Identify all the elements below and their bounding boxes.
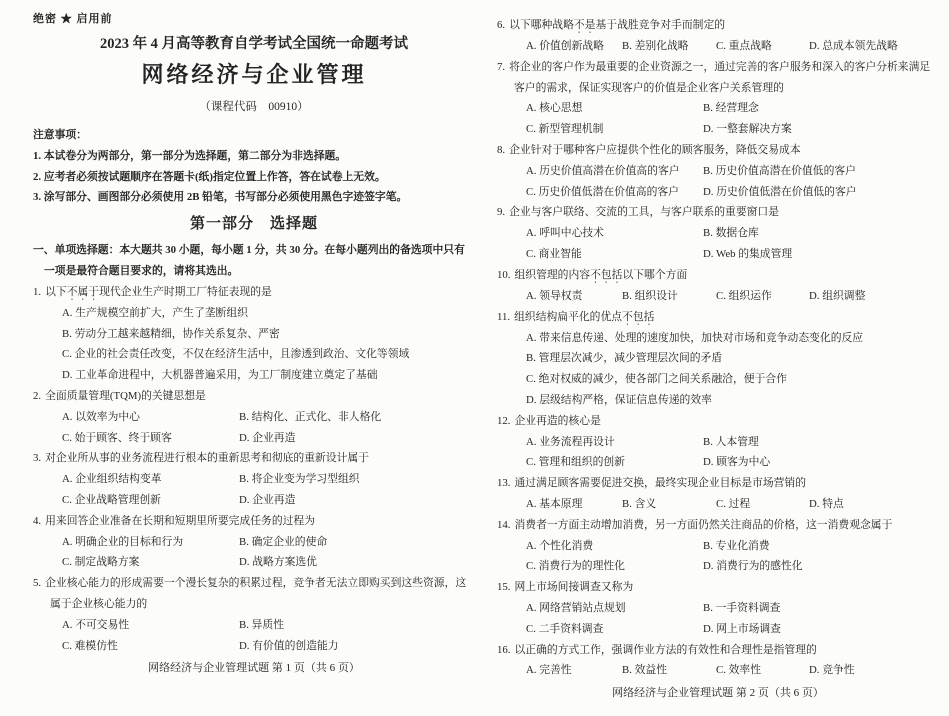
classification-banner: 绝密 ★ 启用前 xyxy=(33,11,475,27)
stem-text: 基于战胜竞争对手而制定的 xyxy=(595,19,725,31)
option-a: A. 业务流程再设计 xyxy=(526,432,703,453)
option-c: C. 企业的社会责任改变，不仅在经济生活中，且渗透到政治、文化等领域 xyxy=(62,344,475,365)
question-number: 11. xyxy=(497,311,510,323)
exam-paper-scan: 绝密 ★ 启用前 2023 年 4 月高等教育自学考试全国统一命题考试 网络经济… xyxy=(0,0,949,716)
options: A. 业务流程再设计 B. 人本管理 C. 管理和组织的创新 D. 顾客为中心 xyxy=(497,432,939,474)
question-stem: 10.组织管理的内容不包括以下哪个方面 xyxy=(497,265,939,286)
exam-subject-title: 网络经济与企业管理 xyxy=(33,59,475,91)
stem-text: 通过满足顾客需要促进交换，最终实现企业目标是市场营销的 xyxy=(515,477,807,489)
option-d: D. 一整套解决方案 xyxy=(703,119,939,140)
options: A. 呼叫中心技术 B. 数据仓库 C. 商业智能 D. Web 的集成管理 xyxy=(497,223,939,265)
question-number: 5. xyxy=(33,577,41,589)
option-d: D. 组织调整 xyxy=(809,286,939,307)
option-b: B. 数据仓库 xyxy=(703,223,939,244)
question-2: 2.全面质量管理(TQM)的关键思想是 A. 以效率为中心 B. 结构化、正式化… xyxy=(33,386,475,448)
option-a: A. 领导权责 xyxy=(526,286,622,307)
option-a: A. 完善性 xyxy=(526,660,622,681)
question-stem: 8.企业针对于哪种客户应提供个性化的顾客服务，降低交易成本 xyxy=(497,140,939,161)
question-number: 15. xyxy=(497,581,511,593)
options: A. 企业组织结构变革 B. 将企业变为学习型组织 C. 企业战略管理创新 D.… xyxy=(33,469,475,511)
page-footer-2: 网络经济与企业管理试题 第 2 页（共 6 页） xyxy=(497,683,939,703)
option-d: D. 竞争性 xyxy=(809,660,939,681)
option-a: A. 个性化消费 xyxy=(526,536,703,557)
section-title: 第一部分 选择题 xyxy=(33,212,475,236)
stem-emphasis: 不是 xyxy=(574,19,596,31)
options: A. 价值创新战略 B. 差别化战略 C. 重点战略 D. 总成本领先战略 xyxy=(497,36,939,57)
stem-text: 企业针对于哪种客户应提供个性化的顾客服务，降低交易成本 xyxy=(509,144,801,156)
stem-text: 消费者一方面主动增加消费，另一方面仍然关注商品的价格，这一消费观念属于 xyxy=(515,519,893,531)
question-stem: 5.企业核心能力的形成需要一个漫长复杂的积累过程，竞争者无法立即购买到这些资源，… xyxy=(33,573,475,615)
question-number: 7. xyxy=(497,61,505,73)
options: A. 带来信息传递、处理的速度加快，加快对市场和竞争动态变化的反应 B. 管理层… xyxy=(497,328,939,411)
option-b: B. 一手资料调查 xyxy=(703,598,939,619)
option-c: C. 二手资料调查 xyxy=(526,619,703,640)
option-d: D. 总成本领先战略 xyxy=(809,36,939,57)
option-a: A. 核心思想 xyxy=(526,98,703,119)
question-stem: 6.以下哪种战略不是基于战胜竞争对手而制定的 xyxy=(497,15,939,36)
options: A. 网络营销站点规划 B. 一手资料调查 C. 二手资料调查 D. 网上市场调… xyxy=(497,598,939,640)
question-stem: 16.以正确的方式工作，强调作业方法的有效性和合理性是指管理的 xyxy=(497,640,939,661)
question-11: 11.组织结构扁平化的优点不包括 A. 带来信息传递、处理的速度加快，加快对市场… xyxy=(497,307,939,411)
question-stem: 3.对企业所从事的业务流程进行根本的重新思考和彻底的重新设计属于 xyxy=(33,448,475,469)
question-4: 4.用来回答企业准备在长期和短期里所要完成任务的过程为 A. 明确企业的目标和行… xyxy=(33,511,475,573)
option-d: D. 网上市场调查 xyxy=(703,619,939,640)
question-number: 16. xyxy=(497,644,511,656)
notice-item-2: 2. 应考者必须按试题顺序在答题卡(纸)指定位置上作答，答在试卷上无效。 xyxy=(33,167,475,188)
option-a: A. 企业组织结构变革 xyxy=(62,469,239,490)
option-c: C. 制定战略方案 xyxy=(62,552,239,573)
question-stem: 15.网上市场间接调查又称为 xyxy=(497,577,939,598)
option-a: A. 生产规模空前扩大，产生了垄断组织 xyxy=(62,303,475,324)
question-stem: 13.通过满足顾客需要促进交换，最终实现企业目标是市场营销的 xyxy=(497,473,939,494)
option-c: C. 过程 xyxy=(716,494,809,515)
option-d: D. 顾客为中心 xyxy=(703,452,939,473)
stem-emphasis: 不包括 xyxy=(622,311,654,323)
question-stem: 9.企业与客户联络、交流的工具，与客户联系的重要窗口是 xyxy=(497,202,939,223)
option-b: B. 确定企业的使命 xyxy=(239,532,475,553)
option-c: C. 组织运作 xyxy=(716,286,809,307)
question-9: 9.企业与客户联络、交流的工具，与客户联系的重要窗口是 A. 呼叫中心技术 B.… xyxy=(497,202,939,264)
question-stem: 2.全面质量管理(TQM)的关键思想是 xyxy=(33,386,475,407)
question-number: 12. xyxy=(497,415,511,427)
option-d: D. Web 的集成管理 xyxy=(703,244,939,265)
option-a: A. 带来信息传递、处理的速度加快，加快对市场和竞争动态变化的反应 xyxy=(526,328,939,349)
question-10: 10.组织管理的内容不包括以下哪个方面 A. 领导权责 B. 组织设计 C. 组… xyxy=(497,265,939,307)
option-b: B. 结构化、正式化、非人格化 xyxy=(239,407,475,428)
question-number: 14. xyxy=(497,519,511,531)
stem-text: 将企业的客户作为最重要的企业资源之一，通过完善的客户服务和深入的客户分析来满足客… xyxy=(509,61,930,94)
option-a: A. 价值创新战略 xyxy=(526,36,622,57)
option-b: B. 人本管理 xyxy=(703,432,939,453)
question-6: 6.以下哪种战略不是基于战胜竞争对手而制定的 A. 价值创新战略 B. 差别化战… xyxy=(497,15,939,57)
options: A. 不可交易性 B. 异质性 C. 难模仿性 D. 有价值的创造能力 xyxy=(33,615,475,657)
option-b: B. 异质性 xyxy=(239,615,475,636)
question-14: 14.消费者一方面主动增加消费，另一方面仍然关注商品的价格，这一消费观念属于 A… xyxy=(497,515,939,577)
options: A. 核心思想 B. 经营理念 C. 新型管理机制 D. 一整套解决方案 xyxy=(497,98,939,140)
option-d: D. 企业再造 xyxy=(239,428,475,449)
options: A. 生产规模空前扩大，产生了垄断组织 B. 劳动分工越来越精细，协作关系复杂、… xyxy=(33,303,475,386)
option-d: D. 工业革命进程中，大机器普遍采用，为工厂制度建立奠定了基础 xyxy=(62,365,475,386)
course-code: （课程代码 00910） xyxy=(33,97,475,117)
option-c: C. 企业战略管理创新 xyxy=(62,490,239,511)
question-stem: 1.以下不属于现代企业生产时期工厂特征表现的是 xyxy=(33,282,475,303)
page-2: 6.以下哪种战略不是基于战胜竞争对手而制定的 A. 价值创新战略 B. 差别化战… xyxy=(497,11,939,716)
option-d: D. 消费行为的感性化 xyxy=(703,556,939,577)
question-16: 16.以正确的方式工作，强调作业方法的有效性和合理性是指管理的 A. 完善性 B… xyxy=(497,640,939,682)
option-c: C. 重点战略 xyxy=(716,36,809,57)
question-7: 7.将企业的客户作为最重要的企业资源之一，通过完善的客户服务和深入的客户分析来满… xyxy=(497,57,939,140)
stem-text: 用来回答企业准备在长期和短期里所要完成任务的过程为 xyxy=(45,515,315,527)
option-c: C. 绝对权威的减少，使各部门之间关系融洽，便于合作 xyxy=(526,369,939,390)
question-number: 1. xyxy=(33,286,41,298)
question-number: 6. xyxy=(497,19,505,31)
question-12: 12.企业再造的核心是 A. 业务流程再设计 B. 人本管理 C. 管理和组织的… xyxy=(497,411,939,473)
stem-text: 网上市场间接调查又称为 xyxy=(515,581,634,593)
options: A. 领导权责 B. 组织设计 C. 组织运作 D. 组织调整 xyxy=(497,286,939,307)
question-3: 3.对企业所从事的业务流程进行根本的重新思考和彻底的重新设计属于 A. 企业组织… xyxy=(33,448,475,510)
option-b: B. 专业化消费 xyxy=(703,536,939,557)
option-c: C. 消费行为的理性化 xyxy=(526,556,703,577)
option-c: C. 效率性 xyxy=(716,660,809,681)
question-number: 10. xyxy=(497,269,511,281)
option-b: B. 组织设计 xyxy=(622,286,716,307)
notice-title: 注意事项： xyxy=(33,125,475,146)
option-d: D. 历史价值低潜在价值低的客户 xyxy=(703,182,939,203)
question-number: 9. xyxy=(497,206,505,218)
option-a: A. 呼叫中心技术 xyxy=(526,223,703,244)
option-b: B. 效益性 xyxy=(622,660,716,681)
option-b: B. 含义 xyxy=(622,494,716,515)
option-c: C. 新型管理机制 xyxy=(526,119,703,140)
option-a: A. 以效率为中心 xyxy=(62,407,239,428)
stem-emphasis: 不包括 xyxy=(590,269,622,281)
options: A. 完善性 B. 效益性 C. 效率性 D. 竞争性 xyxy=(497,660,939,681)
option-d: D. 企业再造 xyxy=(239,490,475,511)
stem-text: 全面质量管理(TQM)的关键思想是 xyxy=(45,390,206,402)
page-footer-1: 网络经济与企业管理试题 第 1 页（共 6 页） xyxy=(33,658,475,678)
question-8: 8.企业针对于哪种客户应提供个性化的顾客服务，降低交易成本 A. 历史价值高潜在… xyxy=(497,140,939,202)
option-b: B. 历史价值高潜在价值低的客户 xyxy=(703,161,939,182)
option-a: A. 不可交易性 xyxy=(62,615,239,636)
question-number: 4. xyxy=(33,515,41,527)
question-5: 5.企业核心能力的形成需要一个漫长复杂的积累过程，竞争者无法立即购买到这些资源，… xyxy=(33,573,475,656)
stem-text: 企业与客户联络、交流的工具，与客户联系的重要窗口是 xyxy=(509,206,779,218)
page-1: 绝密 ★ 启用前 2023 年 4 月高等教育自学考试全国统一命题考试 网络经济… xyxy=(33,11,475,716)
section-instruction: 一、单项选择题：本大题共 30 小题，每小题 1 分，共 30 分。在每小题列出… xyxy=(33,240,475,282)
question-stem: 4.用来回答企业准备在长期和短期里所要完成任务的过程为 xyxy=(33,511,475,532)
option-d: D. 战略方案选优 xyxy=(239,552,475,573)
option-c: C. 历史价值低潜在价值高的客户 xyxy=(526,182,703,203)
question-number: 8. xyxy=(497,144,505,156)
stem-text: 以下 xyxy=(45,286,67,298)
stem-text: 组织结构扁平化的优点 xyxy=(514,311,622,323)
option-c: C. 管理和组织的创新 xyxy=(526,452,703,473)
question-number: 3. xyxy=(33,452,41,464)
question-number: 13. xyxy=(497,477,511,489)
options: A. 明确企业的目标和行为 B. 确定企业的使命 C. 制定战略方案 D. 战略… xyxy=(33,532,475,574)
question-stem: 7.将企业的客户作为最重要的企业资源之一，通过完善的客户服务和深入的客户分析来满… xyxy=(497,57,939,99)
option-b: B. 经营理念 xyxy=(703,98,939,119)
stem-text: 对企业所从事的业务流程进行根本的重新思考和彻底的重新设计属于 xyxy=(45,452,369,464)
option-c: C. 难模仿性 xyxy=(62,636,239,657)
question-15: 15.网上市场间接调查又称为 A. 网络营销站点规划 B. 一手资料调查 C. … xyxy=(497,577,939,639)
stem-text: 企业再造的核心是 xyxy=(515,415,601,427)
question-1: 1.以下不属于现代企业生产时期工厂特征表现的是 A. 生产规模空前扩大，产生了垄… xyxy=(33,282,475,386)
notice-item-3: 3. 涂写部分、画图部分必须使用 2B 铅笔，书写部分必须使用黑色字迹签字笔。 xyxy=(33,187,475,208)
option-d: D. 特点 xyxy=(809,494,939,515)
options: A. 基本原理 B. 含义 C. 过程 D. 特点 xyxy=(497,494,939,515)
stem-text: 以下哪个方面 xyxy=(622,269,687,281)
stem-text: 企业核心能力的形成需要一个漫长复杂的积累过程，竞争者无法立即购买到这些资源，这属… xyxy=(45,577,466,610)
question-stem: 14.消费者一方面主动增加消费，另一方面仍然关注商品的价格，这一消费观念属于 xyxy=(497,515,939,536)
option-b: B. 劳动分工越来越精细，协作关系复杂、严密 xyxy=(62,324,475,345)
stem-text: 组织管理的内容 xyxy=(515,269,591,281)
options: A. 个性化消费 B. 专业化消费 C. 消费行为的理性化 D. 消费行为的感性… xyxy=(497,536,939,578)
option-b: B. 管理层次减少，减少管理层次间的矛盾 xyxy=(526,348,939,369)
option-b: B. 差别化战略 xyxy=(622,36,716,57)
question-number: 2. xyxy=(33,390,41,402)
stem-text: 现代企业生产时期工厂特征表现的是 xyxy=(99,286,272,298)
option-d: D. 有价值的创造能力 xyxy=(239,636,475,657)
notice-item-1: 1. 本试卷分为两部分，第一部分为选择题，第二部分为非选择题。 xyxy=(33,146,475,167)
exam-session-title: 2023 年 4 月高等教育自学考试全国统一命题考试 xyxy=(33,33,475,55)
option-b: B. 将企业变为学习型组织 xyxy=(239,469,475,490)
stem-text: 以下哪种战略 xyxy=(509,19,574,31)
option-d: D. 层级结构严格，保证信息传递的效率 xyxy=(526,390,939,411)
option-a: A. 历史价值高潜在价值高的客户 xyxy=(526,161,703,182)
stem-emphasis: 不属于 xyxy=(67,286,99,298)
options: A. 历史价值高潜在价值高的客户 B. 历史价值高潜在价值低的客户 C. 历史价… xyxy=(497,161,939,203)
question-13: 13.通过满足顾客需要促进交换，最终实现企业目标是市场营销的 A. 基本原理 B… xyxy=(497,473,939,515)
stem-text: 以正确的方式工作，强调作业方法的有效性和合理性是指管理的 xyxy=(515,644,817,656)
options: A. 以效率为中心 B. 结构化、正式化、非人格化 C. 始于顾客、终于顾客 D… xyxy=(33,407,475,449)
option-a: A. 网络营销站点规划 xyxy=(526,598,703,619)
question-stem: 12.企业再造的核心是 xyxy=(497,411,939,432)
option-a: A. 基本原理 xyxy=(526,494,622,515)
option-a: A. 明确企业的目标和行为 xyxy=(62,532,239,553)
question-stem: 11.组织结构扁平化的优点不包括 xyxy=(497,307,939,328)
option-c: C. 始于顾客、终于顾客 xyxy=(62,428,239,449)
option-c: C. 商业智能 xyxy=(526,244,703,265)
